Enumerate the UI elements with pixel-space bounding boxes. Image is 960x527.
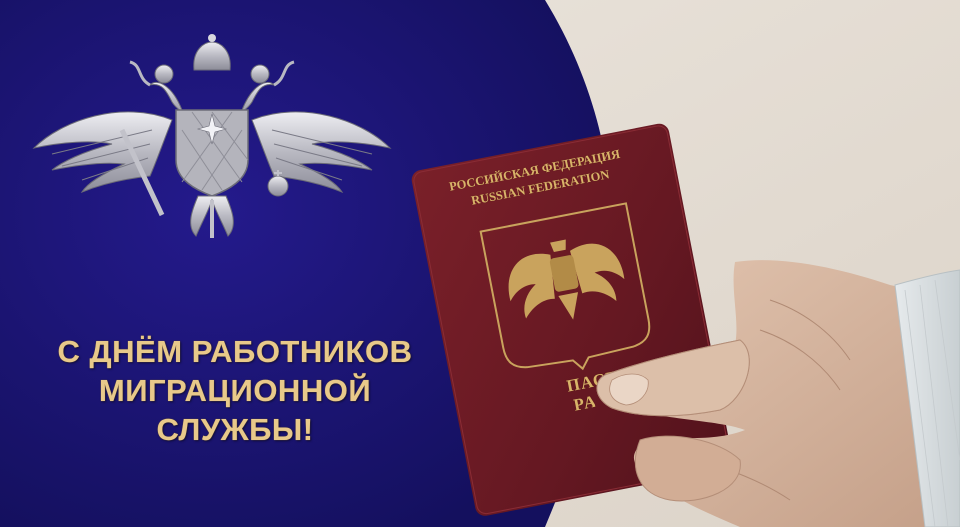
greeting-line-2: МИГРАЦИОННОЙ [0, 371, 470, 410]
greeting-line-1: С ДНЁМ РАБОТНИКОВ [0, 332, 470, 371]
greeting-card: РОССИЙСКАЯ ФЕДЕРАЦИЯ RUSSIAN FEDERATION … [0, 0, 960, 527]
greeting-line-3: СЛУЖБЫ! [0, 410, 470, 449]
greeting-text: С ДНЁМ РАБОТНИКОВ МИГРАЦИОННОЙ СЛУЖБЫ! [0, 332, 470, 449]
